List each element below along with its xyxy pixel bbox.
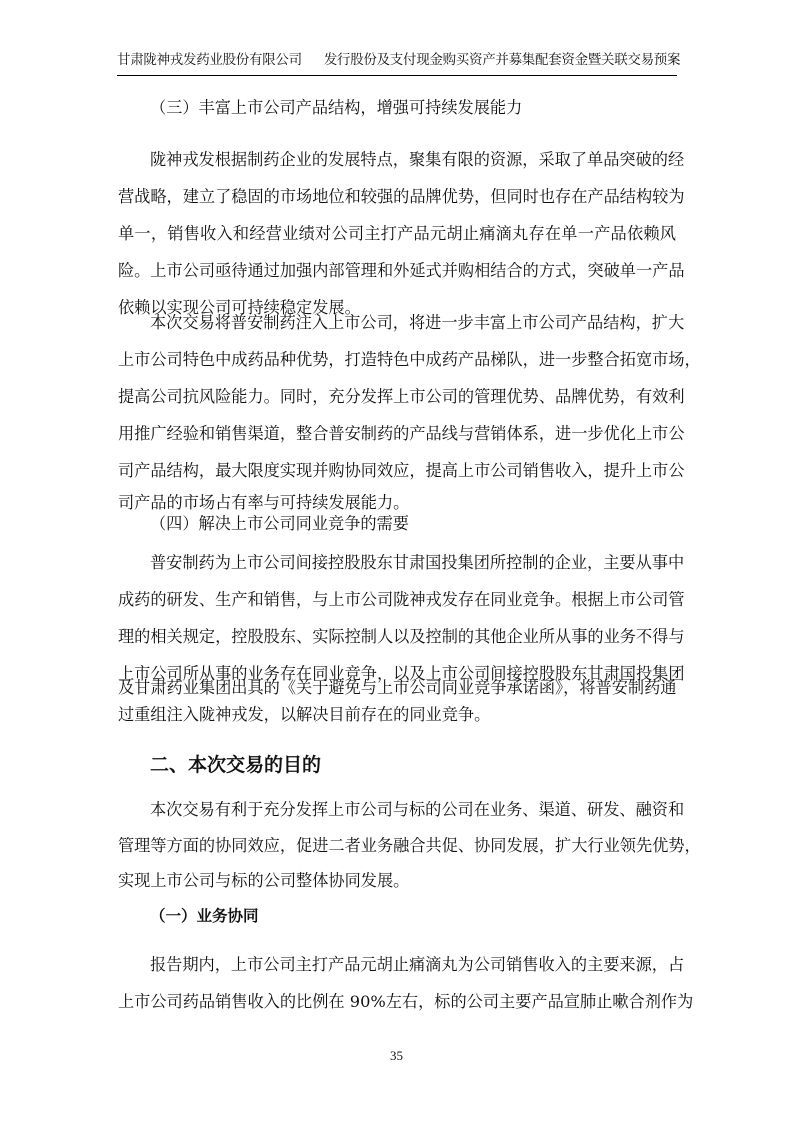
text-line: 营战略，建立了稳固的市场地位和较强的品牌优势，但同时也存在产品结构较为 [118, 187, 676, 207]
text-line: 提高公司抗风险能力。同时，充分发挥上市公司的管理优势、品牌优势，有效利 [118, 387, 676, 407]
text-line: 单一，销售收入和经营业绩对公司主打产品元胡止痛滴丸存在单一产品依赖风 [118, 224, 676, 244]
text-line: 本次交易将普安制药注入上市公司，将进一步丰富上市公司产品结构，扩大 [150, 313, 676, 333]
text-line: 险。上市公司亟待通过加强内部管理和外延式并购相结合的方式，突破单一产品 [118, 261, 676, 281]
text-line: 上市公司药品销售收入的比例在 90%左右，标的公司主要产品宣肺止嗽合剂作为 [118, 992, 676, 1012]
text-line: 上市公司特色中成药品种优势，打造特色中成药产品梯队，进一步整合拓宽市场， [118, 350, 676, 370]
text-line: 本次交易有利于充分发挥上市公司与标的公司在业务、渠道、研发、融资和 [150, 800, 676, 820]
header-company-name: 甘肃陇神戎发药业股份有限公司 [117, 52, 302, 68]
header-document-title: 发行股份及支付现金购买资产并募集配套资金暨关联交易预案 [324, 52, 680, 68]
section-heading-3: （三）丰富上市公司产品结构，增强可持续发展能力 [150, 98, 522, 118]
text-line: 用推广经验和销售渠道，整合普安制药的产品线与营销体系，进一步优化上市公 [118, 424, 676, 444]
text-line: 过重组注入陇神戎发，以解决目前存在的同业竞争。 [118, 705, 676, 725]
chapter-heading-2: 二、本次交易的目的 [150, 753, 321, 777]
text-line: 报告期内，上市公司主打产品元胡止痛滴丸为公司销售收入的主要来源，占 [150, 955, 676, 975]
text-line: 管理等方面的协同效应，促进二者业务融合共促、协同发展，扩大行业领先优势， [118, 836, 676, 856]
subsection-heading-business-synergy: （一）业务协同 [150, 906, 259, 926]
text-line: 成药的研发、生产和销售，与上市公司陇神戎发存在同业竞争。根据上市公司管 [118, 590, 676, 610]
page-header: 甘肃陇神戎发药业股份有限公司 发行股份及支付现金购买资产并募集配套资金暨关联交易… [117, 50, 677, 76]
text-line: 实现上市公司与标的公司整体协同发展。 [118, 871, 676, 891]
text-line: 司产品结构，最大限度实现并购协同效应，提高上市公司销售收入，提升上市公 [118, 461, 676, 481]
text-line: 及甘肃药业集团出具的《关于避免与上市公司同业竞争承诺函》，将普安制药通 [118, 678, 676, 698]
text-line: 理的相关规定，控股股东、实际控制人以及控制的其他企业所从事的业务不得与 [118, 627, 676, 647]
section-heading-4: （四）解决上市公司同业竞争的需要 [150, 514, 409, 534]
page-number: 35 [0, 1048, 793, 1064]
text-line: 司产品的市场占有率与可持续发展能力。 [118, 493, 676, 513]
text-line: 陇神戎发根据制药企业的发展特点，聚集有限的资源，采取了单品突破的经 [150, 150, 676, 170]
text-line: 普安制药为上市公司间接控股股东甘肃国投集团所控制的企业，主要从事中 [150, 553, 676, 573]
